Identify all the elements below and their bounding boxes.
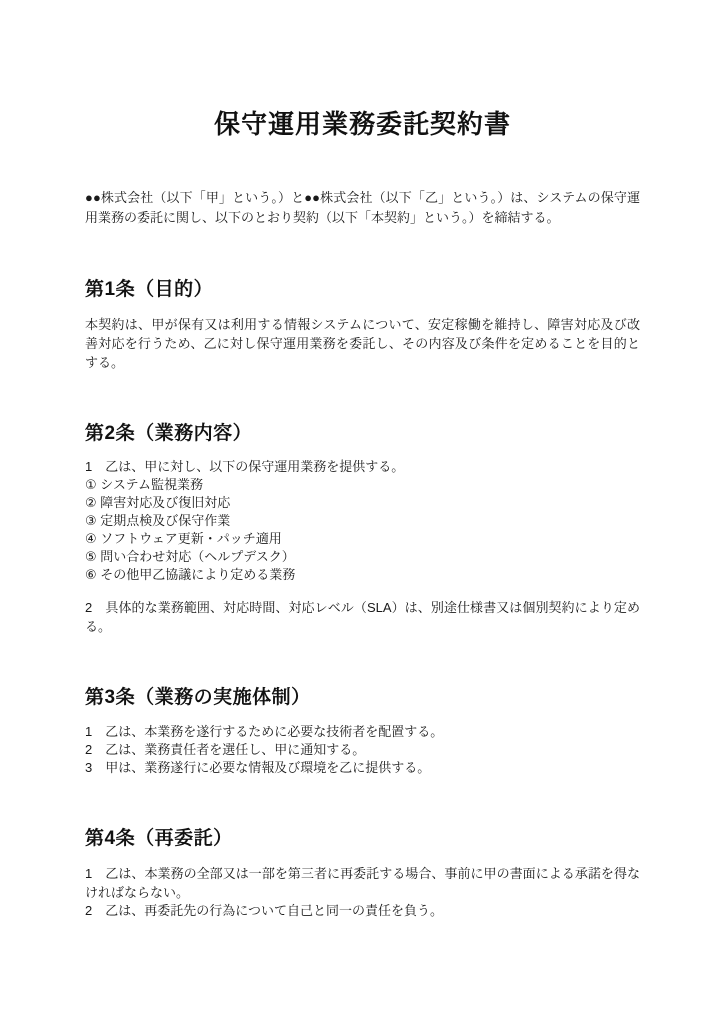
article-2: 第2条（業務内容）1 乙は、甲に対し、以下の保守運用業務を提供する。① システム… [85, 422, 640, 637]
article-line: 1 乙は、本業務の全部又は一部を第三者に再委託する場合、事前に甲の書面による承諾… [85, 864, 640, 902]
article-1: 第1条（目的）本契約は、甲が保有又は利用する情報システムについて、安定稼働を維持… [85, 278, 640, 372]
article-line: 1 乙は、甲に対し、以下の保守運用業務を提供する。 [85, 458, 640, 476]
article-heading: 第1条（目的） [85, 278, 640, 302]
article-line: 2 乙は、再委託先の行為について自己と同一の責任を負う。 [85, 902, 640, 920]
article-line: ② 障害対応及び復旧対応 [85, 494, 640, 512]
article-line: ④ ソフトウェア更新・パッチ適用 [85, 530, 640, 548]
article-line: 2 具体的な業務範囲、対応時間、対応レベル（SLA）は、別途仕様書又は個別契約に… [85, 598, 640, 636]
article-line: 1 乙は、本業務を遂行するために必要な技術者を配置する。 [85, 723, 640, 741]
article-line: ⑤ 問い合わせ対応（ヘルプデスク） [85, 548, 640, 566]
article-line: 本契約は、甲が保有又は利用する情報システムについて、安定稼働を維持し、障害対応及… [85, 315, 640, 372]
document-page: 保守運用業務委託契約書 ●●株式会社（以下「甲」という。）と●●株式会社（以下「… [0, 0, 724, 1024]
article-line: 3 甲は、業務遂行に必要な情報及び環境を乙に提供する。 [85, 759, 640, 777]
article-heading: 第2条（業務内容） [85, 422, 640, 446]
article-line: ③ 定期点検及び保守作業 [85, 512, 640, 530]
article-line: ⑥ その他甲乙協議により定める業務 [85, 566, 640, 584]
article-line: 2 乙は、業務責任者を選任し、甲に通知する。 [85, 741, 640, 759]
article-4: 第4条（再委託）1 乙は、本業務の全部又は一部を第三者に再委託する場合、事前に甲… [85, 827, 640, 920]
document-title: 保守運用業務委託契約書 [85, 108, 640, 142]
article-heading: 第4条（再委託） [85, 827, 640, 851]
articles-container: 第1条（目的）本契約は、甲が保有又は利用する情報システムについて、安定稼働を維持… [85, 278, 640, 920]
article-heading: 第3条（業務の実施体制） [85, 686, 640, 710]
article-3: 第3条（業務の実施体制）1 乙は、本業務を遂行するために必要な技術者を配置する。… [85, 686, 640, 777]
article-line: ① システム監視業務 [85, 476, 640, 494]
intro-paragraph: ●●株式会社（以下「甲」という。）と●●株式会社（以下「乙」という。）は、システ… [85, 188, 640, 228]
